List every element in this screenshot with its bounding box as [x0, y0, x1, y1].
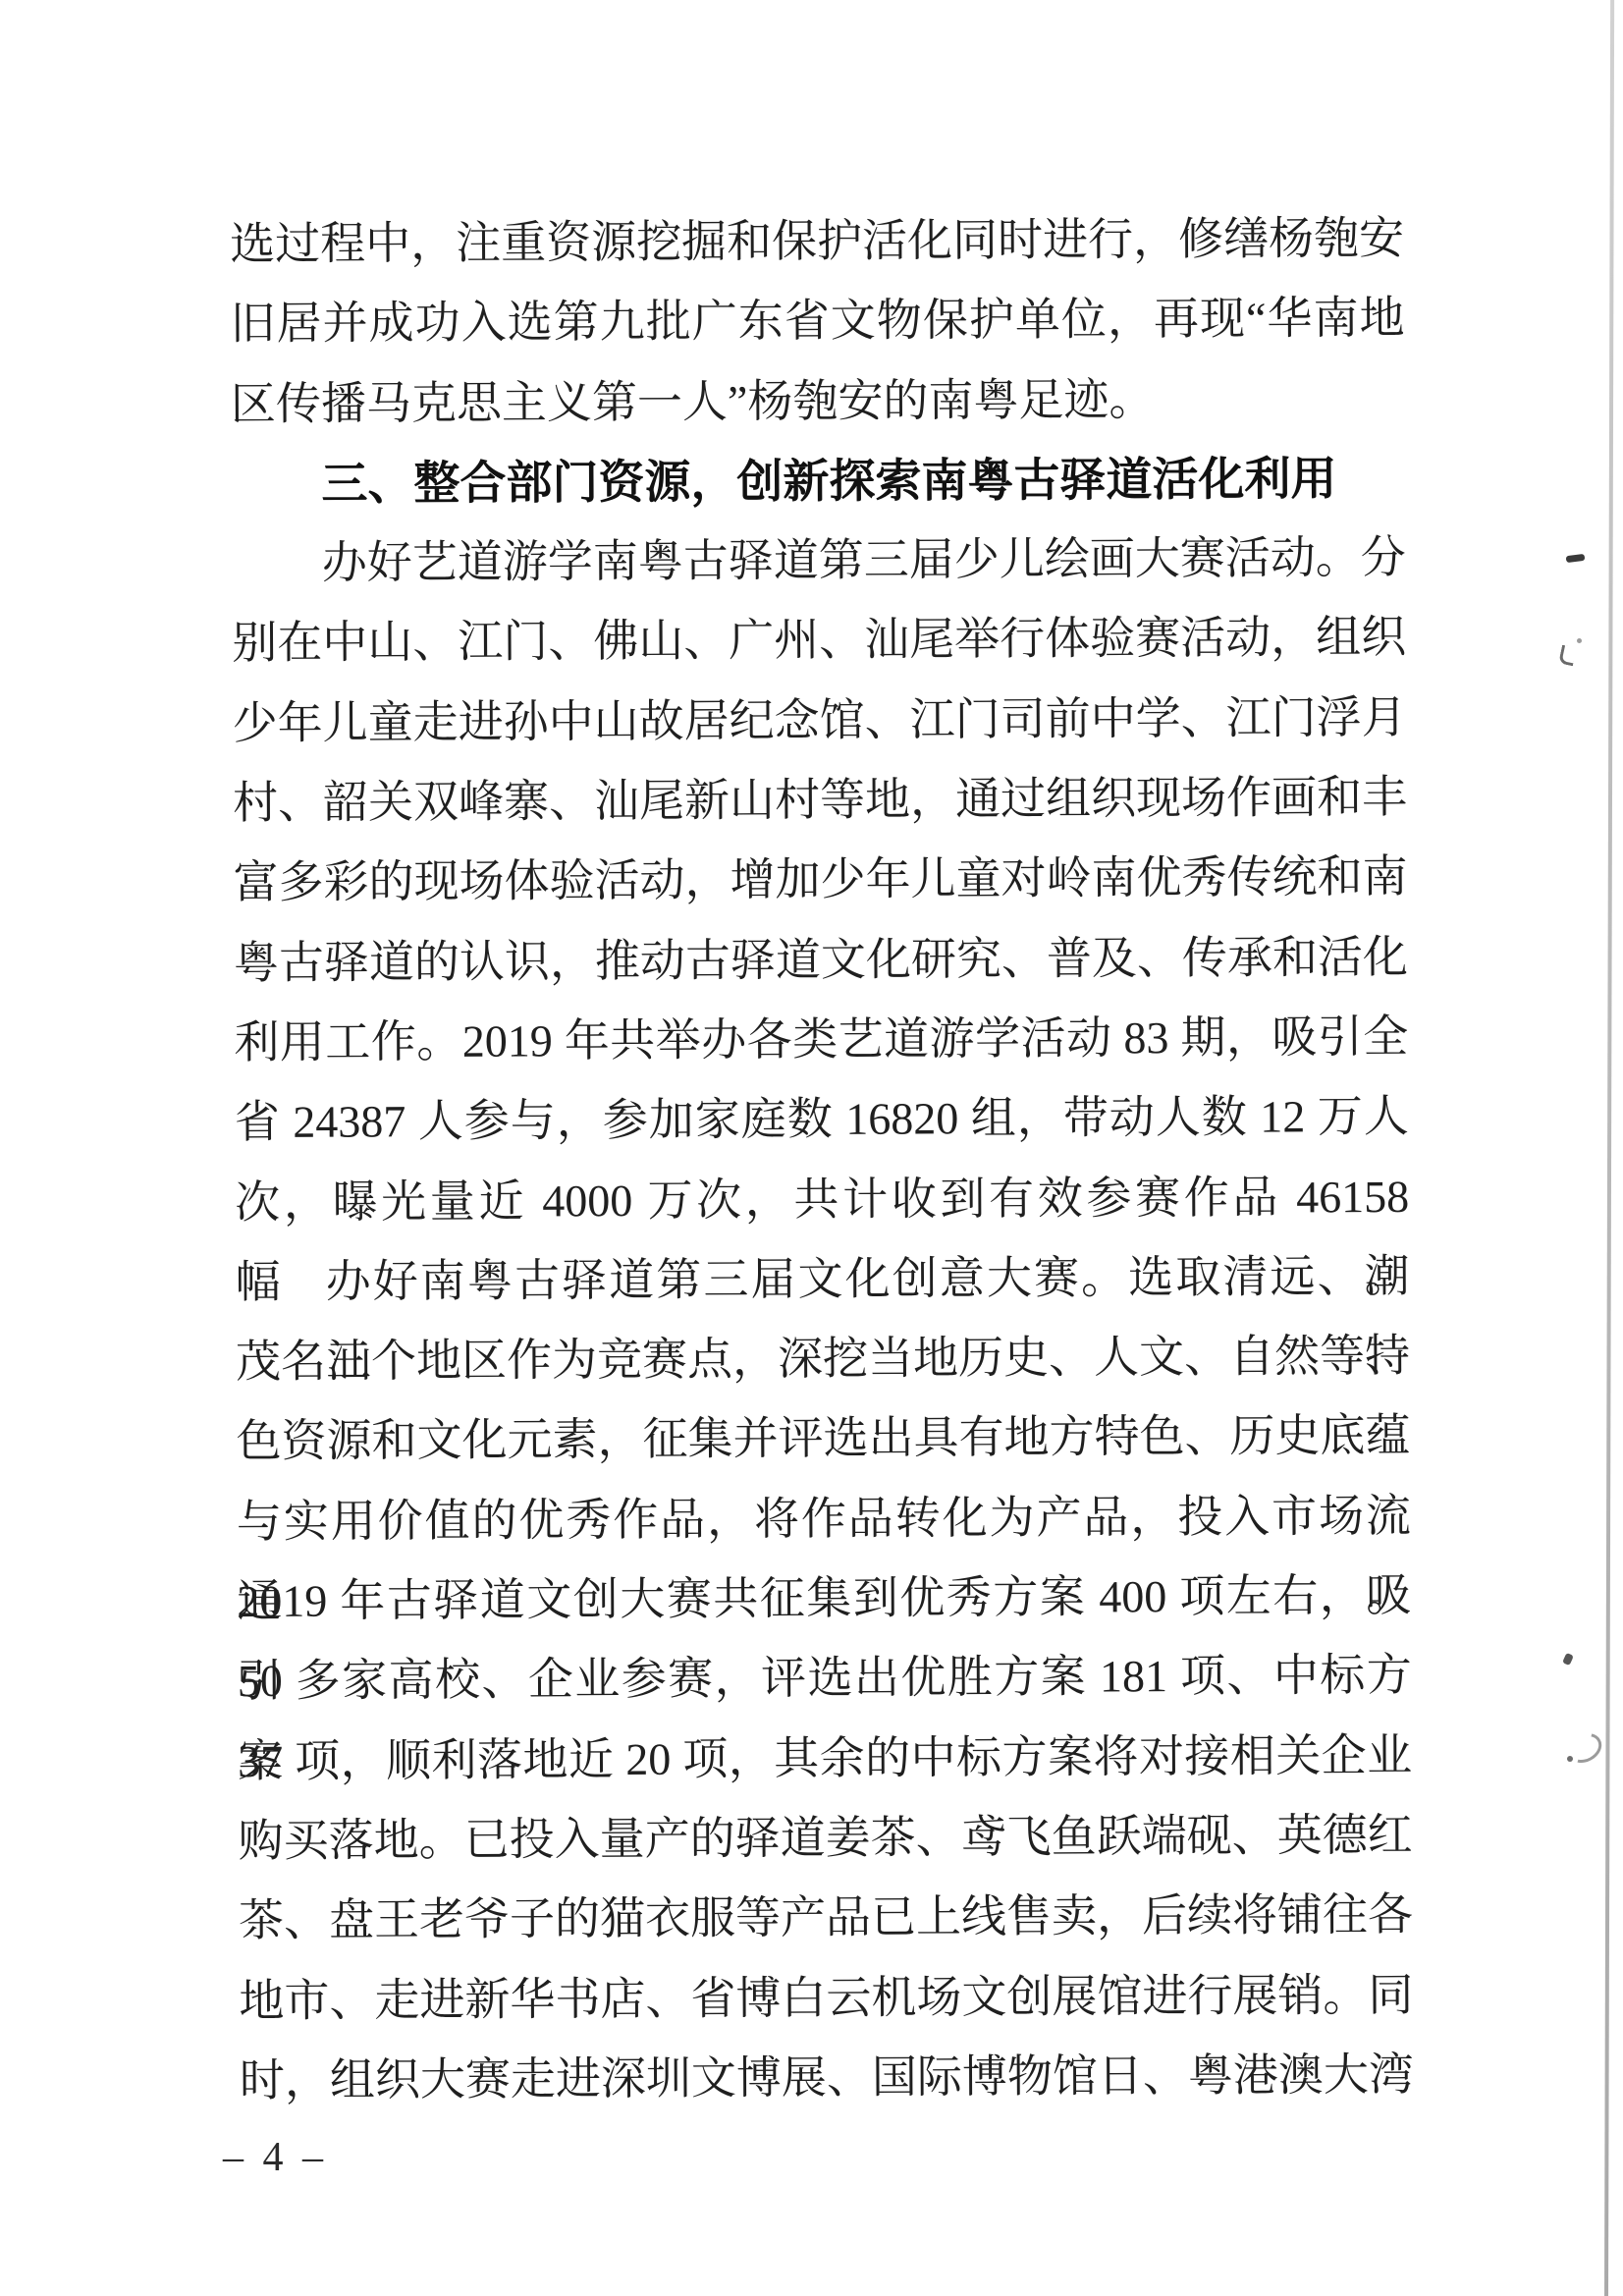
scan-artifact-curl [1563, 1727, 1607, 1769]
body-text-line: 办好南粤古驿道第三届文化创意大赛。选取清远、潮汕、 [235, 1236, 1409, 1323]
body-text-line: 办好艺道游学南粤古驿道第三届少儿绘画大赛活动。分 [232, 518, 1406, 604]
scan-edge-line [1604, 0, 1614, 2296]
body-text-line: 茂名三个地区作为竞赛点，深挖当地历史、人文、自然等特 [236, 1316, 1410, 1402]
body-text-line: 粤古驿道的认识，推动古驿道文化研究、普及、传承和活化 [234, 917, 1408, 1004]
scanned-document-page: 选过程中，注重资源挖掘和保护活化同时进行，修缮杨匏安旧居并成功入选第九批广东省文… [0, 0, 1623, 2296]
page-number: – 4 – [223, 2137, 323, 2178]
body-text-line: 时，组织大赛走进深圳文博展、国际博物馆日、粤港澳大湾 [240, 2035, 1414, 2121]
scan-artifact-curl-dot [1567, 1756, 1573, 1762]
body-text-line: 与实用价值的优秀作品，将作品转化为产品，投入市场流通。 [237, 1476, 1411, 1562]
body-text-line: 次，曝光量近 4000 万次，共计收到有效参赛作品 46158 幅。 [235, 1156, 1409, 1242]
body-text-line: 37 项，顺利落地近 20 项，其余的中标方案将对接相关企业 [238, 1716, 1412, 1802]
scan-artifact-speck [1562, 1653, 1574, 1666]
body-text-line: 省 24387 人参与，参加家庭数 16820 组，带动人数 12 万人 [235, 1076, 1409, 1163]
body-text-line: 茶、盘王老爷子的猫衣服等产品已上线售卖，后续将铺往各 [239, 1875, 1413, 1961]
body-text-line: 区传播马克思主义第一人”杨匏安的南粤足迹。 [231, 357, 1405, 444]
document-body: 选过程中，注重资源挖掘和保护活化同时进行，修缮杨匏安旧居并成功入选第九批广东省文… [230, 198, 1414, 2120]
scan-artifact-tick-dot [1577, 638, 1582, 643]
body-text-line: 2019 年古驿道文创大赛共征集到优秀方案 400 项左右，吸引 [237, 1556, 1411, 1642]
scan-artifact-dash [1566, 554, 1586, 563]
body-text-line: 村、韶关双峰寨、汕尾新山村等地，通过组织现场作画和丰 [233, 757, 1407, 844]
scan-artifact-tick [1558, 645, 1577, 667]
section-heading: 三、整合部门资源，创新探索南粤古驿道活化利用 [231, 438, 1405, 524]
body-text-line: 选过程中，注重资源挖掘和保护活化同时进行，修缮杨匏安 [230, 198, 1404, 285]
body-text-line: 购买落地。已投入量产的驿道姜茶、鸢飞鱼跃端砚、英德红 [238, 1795, 1412, 1882]
body-text-line: 色资源和文化元素，征集并评选出具有地方特色、历史底蕴 [236, 1395, 1410, 1482]
body-text-line: 旧居并成功入选第九批广东省文物保护单位，再现“华南地 [230, 278, 1404, 364]
body-text-line: 利用工作。2019 年共举办各类艺道游学活动 83 期，吸引全 [234, 997, 1408, 1083]
body-text-line: 富多彩的现场体验活动，增加少年儿童对岭南优秀传统和南 [233, 837, 1407, 923]
body-text-line: 别在中山、江门、佛山、广州、汕尾举行体验赛活动，组织 [232, 597, 1406, 683]
body-text-line: 50 多家高校、企业参赛，评选出优胜方案 181 项、中标方案 [238, 1635, 1412, 1722]
body-text-line: 少年儿童走进孙中山故居纪念馆、江门司前中学、江门浮月 [232, 678, 1406, 764]
body-text-line: 地市、走进新华书店、省博白云机场文创展馆进行展销。同 [239, 1954, 1413, 2041]
